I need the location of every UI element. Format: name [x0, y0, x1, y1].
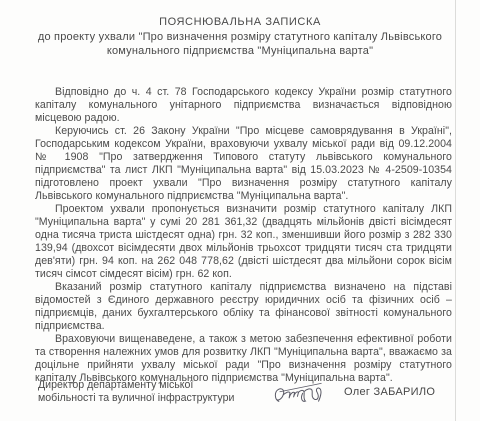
paragraph: Керуючись ст. 26 Закону України "Про міс… [35, 125, 452, 203]
paragraph: Вказаний розмір статутного капіталу підп… [35, 281, 452, 333]
signatory-position-line1: Директор департаменту міської [38, 379, 270, 392]
document-title: ПОЯСНЮВАЛЬНА ЗАПИСКА [0, 15, 480, 30]
signature-block: Директор департаменту міської мобільност… [38, 377, 452, 407]
document-subtitle-line2: комунального підприємства "Муніципальна … [0, 44, 480, 59]
paragraph: Проектом ухвали пропонується визначити р… [35, 203, 452, 281]
scanned-document-page: ПОЯСНЮВАЛЬНА ЗАПИСКА до проекту ухвали "… [0, 0, 480, 421]
signature-icon [269, 374, 334, 410]
document-header: ПОЯСНЮВАЛЬНА ЗАПИСКА до проекту ухвали "… [0, 0, 480, 59]
document-subtitle-line1: до проекту ухвали "Про визначення розмір… [0, 30, 480, 45]
scan-edge-line [455, 0, 456, 421]
signatory-name: Олег ЗАБАРИЛО [344, 386, 435, 398]
document-body: Відповідно до ч. 4 ст. 78 Господарського… [35, 86, 452, 385]
signatory-position: Директор департаменту міської мобільност… [38, 379, 270, 405]
paragraph: Відповідно до ч. 4 ст. 78 Господарського… [35, 86, 452, 125]
signatory-position-line2: мобільності та вуличної інфраструктури [38, 392, 270, 405]
